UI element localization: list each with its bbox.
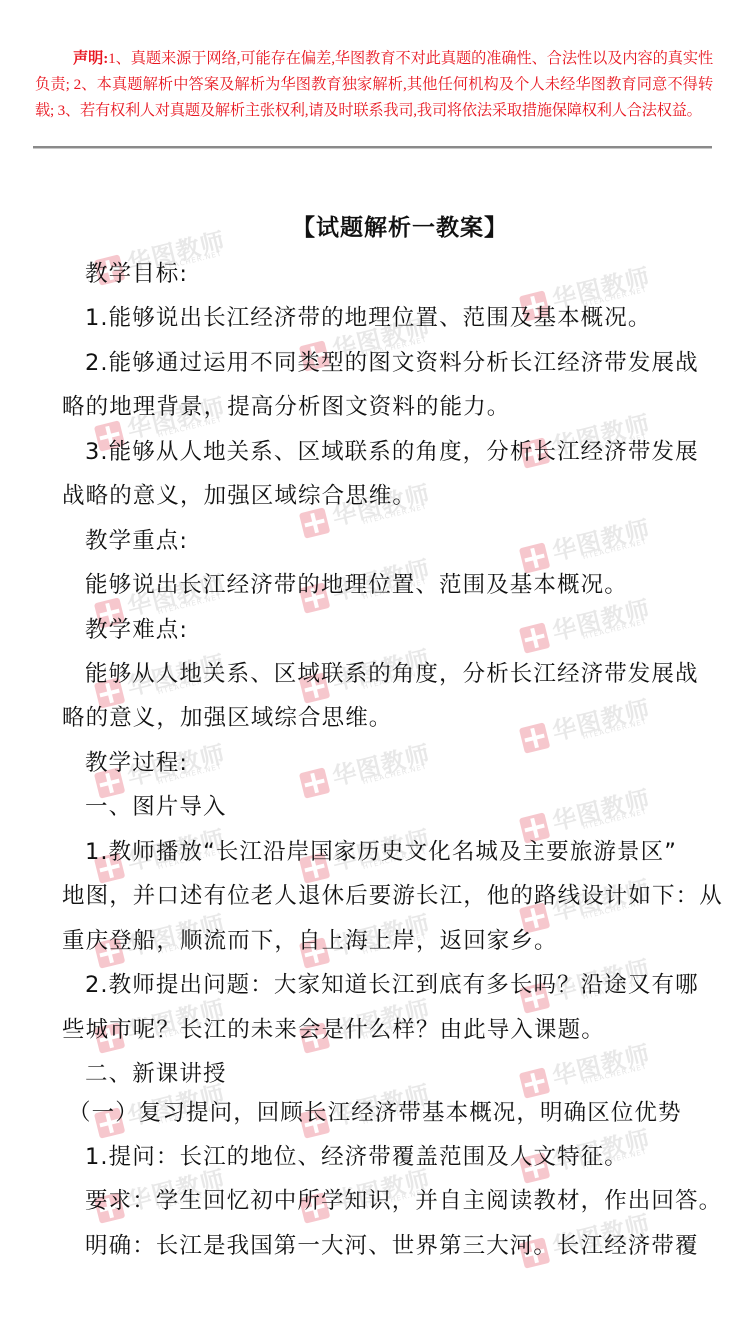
huatu-logo-icon [519,722,551,754]
watermark-brand: 华图教师 [548,509,653,567]
text-line: 能够说出长江经济带的地理位置、范围及基本概况。 [85,567,628,599]
text-line: 2.教师提出问题：大家知道长江到底有多长吗？沿途又有哪 [85,967,699,999]
text-line: 1.提问：长江的地位、经济带覆盖范围及人文特征。 [85,1139,628,1171]
text-line: 教学重点: [85,523,188,555]
text-line: 1.能够说出长江经济带的地理位置、范围及基本概况。 [85,300,651,332]
huatu-logo-icon [519,622,551,654]
text-line: 3.能够从人地关系、区域联系的角度，分析长江经济带发展 [85,434,699,466]
text-line: 2.能够通过运用不同类型的图文资料分析长江经济带发展战 [85,345,699,377]
text-line: 教学过程: [85,745,188,777]
text-line: 地图，并口述有位老人退休后要游长江，他的路线设计如下：从 [62,878,723,910]
header-separator [33,146,712,148]
watermark-sub: HTEACHER.NET [362,762,428,786]
huatu-logo-icon [299,767,331,799]
disclaimer-text: 1、真题来源于网络,可能存在偏差,华图教育不对此真题的准确性、合法性以及内容的真… [35,50,713,119]
watermark-brand: 华图教师 [328,734,433,792]
watermark-sub: HTEACHER.NET [582,617,648,641]
huatu-logo-icon [299,507,331,539]
text-line: 重庆登船，顺流而下，自上海上岸，返回家乡。 [62,923,558,955]
text-line: （一）复习提问，回顾长江经济带基本概况，明确区位优势 [68,1095,682,1127]
text-line: 些城市呢？长江的未来会是什么样？由此导入课题。 [62,1012,605,1044]
text-line: 教学目标: [85,256,188,288]
text-line: 略的地理背景，提高分析图文资料的能力。 [62,389,510,421]
text-line: 1.教师播放“长江沿岸国家历史文化名城及主要旅游景区” [85,834,677,866]
watermark: 华图教师HTEACHER.NET [516,683,673,766]
text-line: 能够从人地关系、区域联系的角度，分析长江经济带发展战 [85,656,699,688]
text-line: 二、新课讲授 [85,1056,227,1088]
text-line: 要求：学生回忆初中所学知识，并自主阅读教材，作出回答。 [85,1183,722,1215]
document-title: 【试题解析一教案】 [0,209,748,242]
copyright-disclaimer: 声明:1、真题来源于网络,可能存在偏差,华图教育不对此真题的准确性、合法性以及内… [35,46,713,124]
text-line: 明确：长江是我国第一大河、世界第三大河。长江经济带覆 [85,1228,699,1260]
watermark-sub: HTEACHER.NET [582,807,648,831]
watermark: 华图教师HTEACHER.NET [296,728,453,811]
text-line: 一、图片导入 [85,789,227,821]
text-line: 略的意义，加强区域综合思维。 [62,700,392,732]
text-line: 战略的意义，加强区域综合思维。 [62,478,416,510]
text-line: 教学难点: [85,612,188,644]
disclaimer-lead: 声明: [73,50,108,67]
watermark-sub: HTEACHER.NET [582,537,648,561]
watermark-brand: 华图教师 [548,779,653,837]
watermark-sub: HTEACHER.NET [582,717,648,741]
watermark-brand: 华图教师 [548,689,653,747]
watermark-sub: HTEACHER.NET [582,1062,648,1086]
